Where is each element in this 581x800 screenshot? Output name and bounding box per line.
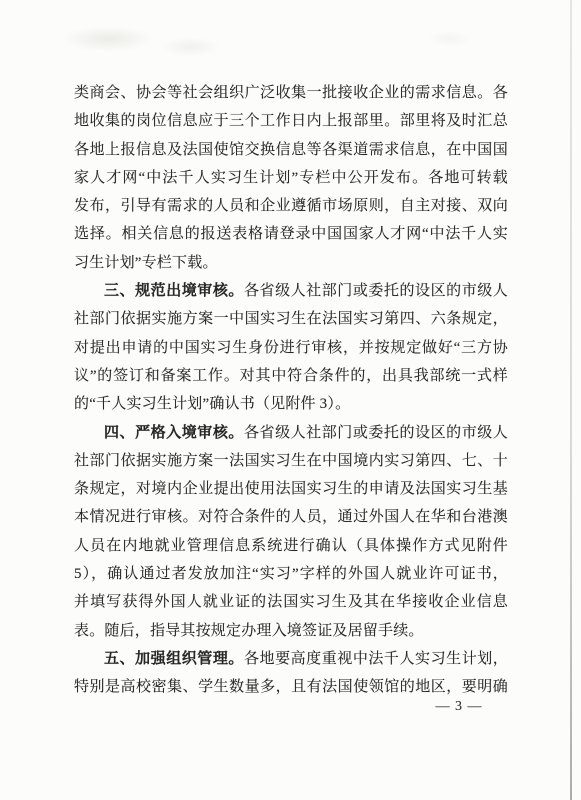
scan-edge-shadow bbox=[570, 0, 572, 800]
text-line: 人员在内地就业管理信息系统进行确认（具体操作方式见附件 bbox=[74, 532, 508, 560]
document-body: 类商会、协会等社会组织广泛收集一批接收企业的需求信息。各地收集的岗位信息应于三个… bbox=[74, 79, 508, 702]
text-line: 家人才网“中法千人实习生计划”专栏中公开发布。各地可转载 bbox=[74, 164, 508, 192]
text-line: 社部门依据实施方案一中国实习生在法国实习第四、六条规定， bbox=[74, 305, 508, 333]
text-line: 对提出申请的中国实习生身份进行审核，并按规定做好“三方协 bbox=[74, 334, 508, 362]
text-line: 五、加强组织管理。各地要高度重视中法千人实习生计划， bbox=[74, 645, 508, 673]
text-line: 议”的签订和备案工作。对其中符合条件的，出具我部统一式样 bbox=[74, 362, 508, 390]
text-line: 类商会、协会等社会组织广泛收集一批接收企业的需求信息。各 bbox=[74, 79, 508, 107]
page-number: — 3 — bbox=[424, 699, 494, 715]
scanned-document-page: 类商会、协会等社会组织广泛收集一批接收企业的需求信息。各地收集的岗位信息应于三个… bbox=[0, 0, 581, 800]
text-line: 三、规范出境审核。各省级人社部门或委托的设区的市级人 bbox=[74, 277, 508, 305]
text-line: 5），确认通过者发放加注“实习”字样的外国人就业许可证书， bbox=[74, 560, 508, 588]
scan-smudge bbox=[420, 28, 480, 50]
text-line: 四、严格入境审核。各省级人社部门或委托的设区的市级人 bbox=[74, 419, 508, 447]
paragraph-heading: 五、加强组织管理。 bbox=[104, 651, 244, 667]
scan-smudge bbox=[150, 34, 230, 60]
text-line: 社部门依据实施方案一法国实习生在中国境内实习第四、七、十 bbox=[74, 447, 508, 475]
text-line: 并填写获得外国人就业证的法国实习生及其在华接收企业信息 bbox=[74, 588, 508, 616]
scan-smudge bbox=[48, 22, 168, 56]
text-line: 习生计划”专栏下载。 bbox=[74, 249, 508, 277]
text-line: 本情况进行审核。对符合条件的人员，通过外国人在华和台港澳 bbox=[74, 503, 508, 531]
paragraph-heading: 四、严格入境审核。 bbox=[104, 425, 244, 441]
text-line: 的“千人实习生计划”确认书（见附件 3）。 bbox=[74, 390, 508, 418]
text-line: 表。随后，指导其按规定办理入境签证及居留手续。 bbox=[74, 617, 508, 645]
text-line: 条规定，对境内企业提出使用法国实习生的申请及法国实习生基 bbox=[74, 475, 508, 503]
text-line: 地收集的岗位信息应于三个工作日内上报部里。部里将及时汇总 bbox=[74, 107, 508, 135]
text-line: 特别是高校密集、学生数量多，且有法国使领馆的地区，要明确 bbox=[74, 673, 508, 701]
text-line: 选择。相关信息的报送表格请登录中国国家人才网“中法千人实 bbox=[74, 220, 508, 248]
text-line: 各地上报信息及法国使馆交换信息等各渠道需求信息，在中国国 bbox=[74, 136, 508, 164]
paragraph-heading: 三、规范出境审核。 bbox=[104, 283, 244, 299]
text-line: 发布，引导有需求的人员和企业遵循市场原则，自主对接、双向 bbox=[74, 192, 508, 220]
